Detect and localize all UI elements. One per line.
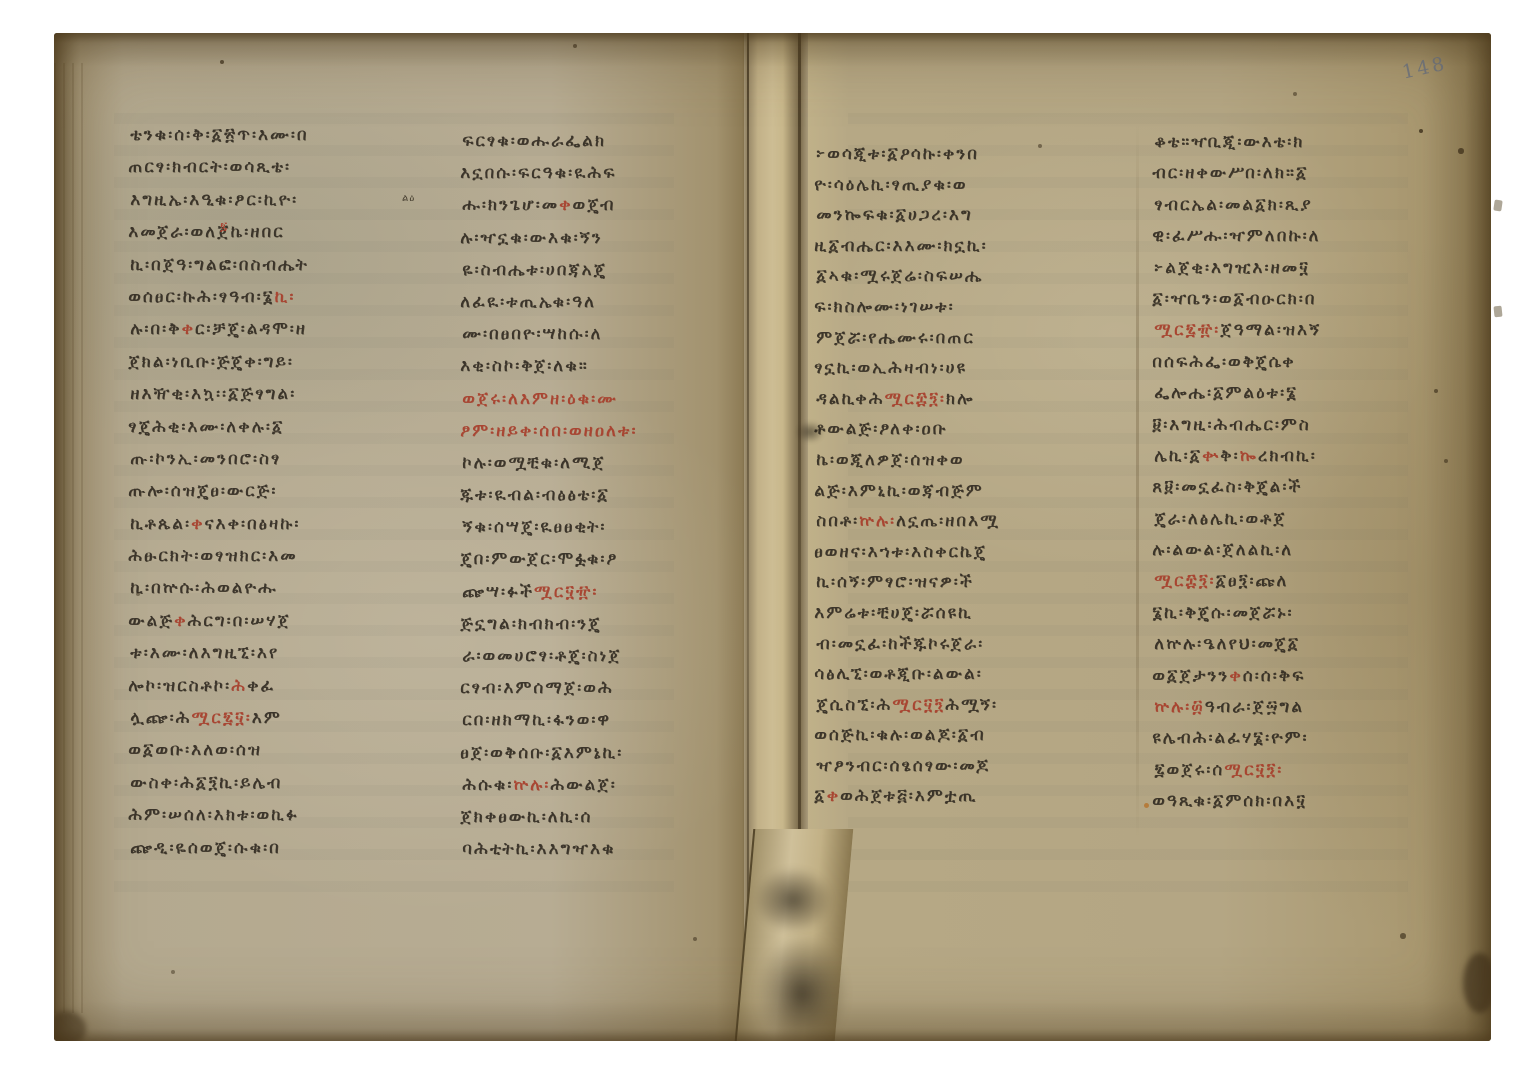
text-line: ራ፡ወመሀሮፃ፡ቶጄ፡ስነጀ — [462, 640, 794, 672]
text-segment: ሎኮ፡ዝርስቶኮ፡ — [128, 676, 231, 696]
text-segment: ኪ፡በጀዓ፡ግልፎ፡በስብሔት — [130, 255, 309, 275]
text-segment: ወሰፀር፡ኩሕ፡ፃዓብ፡፮ — [128, 287, 274, 307]
text-segment: መንኰፍቁ፡፩ሀጋረ፡እግ — [816, 205, 973, 225]
rubric-text-segment: ሟር፶፹፡ — [534, 582, 598, 602]
text-line: ሕም፡ሠሰለ፡እክቱ፡ወኪፉ — [128, 799, 462, 831]
margin-smudge — [1493, 306, 1502, 318]
text-segment: ልጅ፡እምኒኪ፡ወጃብጅም — [814, 481, 983, 501]
text-line: ፩ኣቁ፡ሟሩጀሬ፡ስፍሠሔ — [816, 261, 1148, 292]
text-segment: ሙ፡በፀበዮ፡ሣከሱ፡ለ — [462, 324, 602, 344]
text-segment: ጡሎ፡ሰዝጄፀ፡ውርጅ፡ — [128, 481, 277, 501]
text-segment: ሕውልጀ፡ — [550, 775, 616, 795]
wax-stain — [1144, 803, 1149, 808]
text-line: እመጀራ፡ወለጀኬ፡ዘበር — [128, 216, 462, 248]
text-segment: ዳልኪቀሕ — [816, 389, 884, 409]
text-segment: ዊ፡ፈሥሑ፡ዣምለበኩ፡ለ — [1152, 226, 1320, 246]
text-segment: ዩሌብሕ፡ልፈሃ፮፡ዮም፡ — [1152, 728, 1308, 748]
text-line: ባሕቲትኪ፡እእግዣእቁ — [462, 833, 794, 865]
text-line: ኪቶጴል፡ቀናእቀ፡በፅዛኩ፡ — [130, 508, 462, 540]
rubric-text-segment: ፆም፡ዘይቀ፡ሰበ፡ወዘዐለቱ፡ — [460, 421, 637, 441]
text-line: ፃኗኪ፡ወኢሕዛብነ፡ሀዩ — [814, 353, 1148, 384]
text-line: ኪ፡በጀዓ፡ግልፎ፡በስብሔት — [130, 249, 462, 281]
text-segment: ፩ፀ፺፡ጩለ — [1215, 571, 1288, 591]
text-line: ኪ፡በኵሱ፡ሕወልዮሑ — [130, 572, 462, 604]
text-segment: ሉ፡በ፡ቅ — [130, 319, 181, 339]
text-segment: ፍርፃቁ፡ወሑራፌልክ — [462, 131, 606, 151]
text-line: ፌሎሔ፡፩ምልዕቱ፡፮ — [1154, 378, 1486, 409]
rubric-text-segment: ቀ — [181, 319, 194, 339]
text-segment: ሳፅሊኚ፡ወቶጂቡ፡ልውል፡ — [814, 664, 983, 684]
rubric-text-segment: ሟር፶፺፡ — [1224, 760, 1283, 780]
text-column-2: ፍርፃቁ፡ወሑራፌልክእኗበሱ፡ፍርዓቁ፡ዪሕፍሑ፡ክንጌሆ፡መቀወጄብሉ፡ዣኗ… — [460, 125, 794, 865]
rubric-text-segment: ሟር፯፹፡ — [1154, 320, 1220, 340]
text-segment: ፱፡እግዚ፡ሕብሔር፡ምስ — [1152, 415, 1311, 435]
text-line: ፆም፡ዘይቀ፡ሰበ፡ወዘዐለቱ፡ — [460, 415, 794, 447]
text-line: ሕሱቁ፡ኵሉ፡ሕውልጀ፡ — [462, 769, 794, 801]
text-segment: ፃጄሕቂ፡እሙ፡ለቀሉ፡፩ — [128, 417, 284, 437]
text-segment: በሰፍሕፌ፡ወቅጄሴቀ — [1152, 352, 1295, 372]
text-segment: ዓብራ፡ጀ፵ግል — [1204, 697, 1304, 717]
rubric-text-segment: ሟር፶፺ — [892, 695, 945, 715]
text-line: ሟር፯፹፡ጀዓማል፡ዝእኝ — [1154, 315, 1486, 346]
text-segment: ጀዓማል፡ዝእኝ — [1220, 320, 1321, 340]
text-line: ምጀሯ፡የሔሙሩ፡በጠር — [816, 323, 1148, 354]
text-segment: ፦ልጀቂ፡እግዢእ፡ዘመ፶ — [1154, 258, 1310, 278]
text-segment: ር፡ቻጄ፡ልዳሞ፡ዘ — [195, 319, 307, 339]
text-line: በሰፍሕፌ፡ወቅጄሴቀ — [1152, 347, 1486, 378]
text-line: ሉ፡በ፡ቅቀር፡ቻጄ፡ልዳሞ፡ዘ — [130, 313, 462, 345]
text-line: ጀክል፡ነቢቡ፡ጅጄቀ፡ግይ፡ — [128, 346, 462, 378]
text-segment: ሕሟኝ፡ — [945, 695, 998, 715]
text-column-4: ቆቴ።ዣቢጂ፡ውእቴ፡ክብር፡ዘቀውሥበ፡ለክ።፩ፃብርኤል፡መል፩ክ፡ጺያዊ፡… — [1152, 127, 1486, 818]
text-segment: ዣፆንብር፡ሰፄሰፃው፡መጆ — [816, 756, 990, 776]
text-segment: ሑ፡ክንጌሆ፡መ — [462, 195, 559, 215]
text-segment: ናእቀ፡በፅዛኩ፡ — [204, 514, 300, 534]
text-segment: ጅኗግል፡ክብክብ፡ንጄ — [460, 614, 601, 634]
rubric-text-segment: ቀ — [826, 786, 839, 806]
text-segment: ሕም፡ሠሰለ፡እክቱ፡ወኪፉ — [128, 805, 299, 825]
text-line: ቴንቁ፡ሰ፡ቅ፡፩፳ጥ፡እሙ፡በ — [130, 119, 462, 151]
text-segment: ኮሉ፡ወሟቺቁ፡ለሚጀ — [462, 453, 605, 473]
text-line: ፯ወጀሩ፡ሰሟር፶፺፡ — [1154, 755, 1486, 786]
text-segment: ጄበ፡ምውጀር፡ሞፏቁ፡ፆ — [460, 549, 618, 569]
text-line: ዘእዥቂ፡እኳ፡፡፩ጅፃግል፡ — [130, 378, 462, 410]
text-line: እምሬቱ፡ቺሀጄ፡ሯሰዩኪ — [814, 598, 1148, 629]
text-line: ፀጀ፡ወቅሰቡ፡፩እምኔኪ፡ — [460, 737, 794, 769]
text-segment: ወጄብ — [572, 195, 615, 215]
text-line: ቶውልጅ፡ፆለቀ፡ዐቡ — [814, 414, 1148, 445]
text-line: ሎኮ፡ዝርስቶኮ፡ሕቀፈ — [128, 670, 462, 702]
text-segment: ቱ፡እሙ፡ለእግዚኚ፡እየ — [130, 643, 279, 663]
text-segment: ዘእዥቂ፡እኳ፡፡፩ጅፃግል፡ — [130, 384, 296, 404]
text-line: ፩፡ዣቤን፡ወ፩ብዑርክ፡በ — [1152, 284, 1486, 315]
text-segment: ኪ፡ሰኝ፡ምፃሮ፡ዝናዎ፡ች — [816, 572, 974, 592]
text-line: ብ፡መኗፈ፡ከችጁኮሩጀራ፡ — [816, 629, 1148, 660]
text-segment: ስበቶ፡ — [816, 511, 859, 531]
text-segment: ፯ወጀሩ፡ሰ — [1154, 760, 1224, 780]
rubric-text-segment: ወጀሩ፡ለእምዘ፡ዕቁ፡ሙ — [462, 389, 618, 409]
text-segment: እቂ፡ስኮ፡ቅጀ፡ለቁ። — [460, 356, 589, 376]
text-segment: ለኵሉ፡ዔለየህ፡መጄ፩ — [1154, 634, 1300, 654]
text-column-1: ቴንቁ፡ሰ፡ቅ፡፩፳ጥ፡እሙ፡በጠርፃ፡ክብርት፡ወሳጺቴ፡እግዚኤ፡እዒቁ፡ፆ… — [128, 119, 462, 864]
text-segment: ጀክቀፀውኪ፡ለኪ፡ሰ — [460, 807, 592, 827]
text-segment: ፍ፡ክስሎሙ፡ነገሠቱ፡ — [814, 297, 954, 317]
text-line: ጠርፃ፡ክብርት፡ወሳጺቴ፡ — [128, 151, 462, 183]
text-segment: ቴንቁ፡ሰ፡ቅ፡፩፳ጥ፡እሙ፡በ — [130, 125, 308, 145]
text-segment: ክሎ — [946, 389, 975, 409]
text-segment: እምሬቱ፡ቺሀጄ፡ሯሰዩኪ — [814, 603, 973, 623]
text-line: ለፈዪ፡ቱጢኤቁ፡ዓለ — [460, 286, 794, 318]
text-segment: ዬ፡ስብሔቱ፡ሀበጃአጄ — [462, 260, 607, 280]
text-segment: ውስቀ፡ሕ፩፺ኪ፡ይሌብ — [130, 773, 282, 793]
text-segment: ወሰጅኪ፡ቁሉ፡ወልጆ፡፩ብ — [814, 725, 986, 745]
rubric-text-segment: ኵሉ፡፴ — [1154, 697, 1204, 717]
text-line: ፃጄሕቂ፡እሙ፡ለቀሉ፡፩ — [128, 411, 462, 443]
text-line: ጬሣ፡ፉችሟር፶፹፡ — [462, 576, 794, 608]
rubric-text-segment: ሕ — [231, 676, 247, 696]
rubric-text-segment: ቀ — [174, 611, 187, 631]
text-line: ብር፡ዘቀውሥበ፡ለክ።፩ — [1152, 158, 1486, 189]
text-segment: ርበ፡ዘክማኪ፡ፋንወ፡ዋ — [462, 710, 611, 730]
text-line: ርፃብ፡እምሰማጀ፡ወሕ — [460, 672, 794, 704]
text-segment: እመጀራ፡ወለጀኬ፡ዘበር — [128, 222, 284, 242]
text-line: ወዓጺቁ፡፩ምሰክ፡በእ፶ — [1152, 786, 1486, 817]
text-segment: ዚ፩ብሔር፡እእሙ፡ክኗኪ፡ — [814, 236, 987, 256]
scan-background: ቴንቁ፡ሰ፡ቅ፡፩፳ጥ፡እሙ፡በጠርፃ፡ክብርት፡ወሳጺቴ፡እግዚኤ፡እዒቁ፡ፆ… — [0, 0, 1515, 1071]
text-line: ሑ፡ክንጌሆ፡መቀወጄብ — [462, 189, 794, 221]
text-segment: ኝቁ፡ሰሣጄ፡ዪፀፀቂት፡ — [462, 517, 606, 537]
text-line: ፀወዘና፡እኀቱ፡እስቀርኬጄ — [814, 537, 1148, 568]
text-segment: እም — [252, 708, 282, 728]
text-line: ሳፅሊኚ፡ወቶጂቡ፡ልውል፡ — [814, 659, 1148, 690]
text-line: ኵሉ፡፴ዓብራ፡ጀ፵ግል — [1154, 692, 1486, 723]
text-segment: ኪ፡በኵሱ፡ሕወልዮሑ — [130, 578, 277, 598]
text-line: ጄበ፡ምውጀር፡ሞፏቁ፡ፆ — [460, 543, 794, 575]
text-line: መንኰፍቁ፡፩ሀጋረ፡እግ — [816, 200, 1148, 231]
rubric-text-segment: ቀ — [1229, 666, 1242, 686]
rubric-text-segment: ሟር፯፶፡ — [191, 708, 251, 728]
corner-stain — [1463, 953, 1491, 1013]
text-segment: ሉ፡ዣኗቁ፡ውእቁ፡ኝን — [460, 228, 602, 248]
text-segment: ቶውልጅ፡ፆለቀ፡ዐቡ — [814, 419, 948, 439]
text-segment: ፩፡ዣቤን፡ወ፩ብዑርክ፡በ — [1152, 289, 1316, 309]
text-segment: ቀፈ — [247, 676, 275, 696]
red-interlinear-mark: ፯ — [220, 219, 228, 234]
text-segment: ብር፡ዘቀውሥበ፡ለክ።፩ — [1152, 163, 1308, 183]
text-line: ኬ፡ወጂለዎጀ፡ሰዝቀወ — [816, 445, 1148, 476]
text-column-3: ፦ወሳጂቱ፡፩ዖሳኩ፡ቀንበዮ፡ሳዕሌኪ፡ፃጢያቁ፡ወመንኰፍቁ፡፩ሀጋረ፡እግ… — [814, 139, 1148, 812]
text-line: ፱፡እግዚ፡ሕብሔር፡ምስ — [1152, 410, 1486, 441]
dirt-specks — [54, 33, 56, 35]
rubric-text-segment: ቀ — [559, 195, 572, 215]
text-segment: ፦ወሳጂቱ፡፩ዖሳኩ፡ቀንበ — [816, 144, 979, 164]
text-segment: እግዚኤ፡እዒቁ፡ፆር፡ኪዮ፡ — [130, 190, 298, 210]
rubric-text-segment: ኰ — [1239, 446, 1257, 466]
text-line: ወሰጅኪ፡ቁሉ፡ወልጆ፡፩ብ — [814, 720, 1148, 751]
rubric-text-segment: ኵሉ፡ — [513, 775, 550, 795]
text-segment: ጄሲስኚ፡ሕ — [816, 695, 892, 715]
text-segment: ውልጅ — [128, 611, 174, 631]
text-segment: ቅ፡ — [1220, 446, 1239, 466]
text-line: ፮ኪ፡ቅጄሱ፡መጀሯኑ፡ — [1152, 598, 1486, 629]
text-line: ጀክቀፀውኪ፡ለኪ፡ሰ — [460, 801, 794, 833]
text-segment: ሕፁርክት፡ወፃዝክር፡እመ — [128, 546, 297, 566]
text-segment: ፌሎሔ፡፩ምልዕቱ፡፮ — [1154, 383, 1298, 403]
text-segment: ለፈዪ፡ቱጢኤቁ፡ዓለ — [460, 292, 596, 312]
text-segment: ጡ፡ኮንኢ፡መንበሮ፡ስፃ — [130, 449, 281, 469]
text-line: ጁቱ፡ዪብል፡ብፅፅቴ፡፩ — [460, 479, 794, 511]
text-line: ፍርፃቁ፡ወሑራፌልክ — [462, 125, 794, 157]
rubric-text-segment: ሟር፰፺፡ — [1154, 571, 1215, 591]
text-line: ርበ፡ዘክማኪ፡ፋንወ፡ዋ — [462, 704, 794, 736]
rubric-text-segment: ኵሉ፡ — [859, 511, 896, 531]
text-line: እኗበሱ፡ፍርዓቁ፡ዪሕፍ — [460, 157, 794, 189]
text-line: ጅኗግል፡ክብክብ፡ንጄ — [460, 608, 794, 640]
margin-smudge — [1493, 199, 1502, 211]
text-segment: ኪቶጴል፡ — [130, 514, 191, 534]
text-line: ዬ፡ስብሔቱ፡ሀበጃአጄ — [462, 254, 794, 286]
text-line: ፦ልጀቂ፡እግዢእ፡ዘመ፶ — [1154, 253, 1486, 284]
text-segment: ሌኪ፡፩ — [1154, 446, 1202, 466]
text-segment: ጀክል፡ነቢቡ፡ጅጄቀ፡ግይ፡ — [128, 352, 294, 372]
text-segment: ጬዲ፡ዬሰወጄ፡ሱቁ፡በ — [130, 838, 281, 858]
text-line: ሟር፰፺፡፩ፀ፺፡ጩለ — [1154, 566, 1486, 597]
text-line: እቂ፡ስኮ፡ቅጀ፡ለቁ። — [460, 350, 794, 382]
text-segment: ቆቴ።ዣቢጂ፡ውእቴ፡ክ — [1154, 132, 1304, 152]
text-segment: ወዓጺቁ፡፩ምሰክ፡በእ፶ — [1152, 791, 1307, 811]
text-line: ኮሉ፡ወሟቺቁ፡ለሚጀ — [462, 447, 794, 479]
text-line: ሕፁርክት፡ወፃዝክር፡እመ — [128, 540, 462, 572]
text-line: ሏጬ፡ሕሟር፯፶፡እም — [130, 702, 462, 734]
text-line: ወ፩ጀታንንቀሰ፡ሰ፡ቅፍ — [1152, 661, 1486, 692]
manuscript-spread: ቴንቁ፡ሰ፡ቅ፡፩፳ጥ፡እሙ፡በጠርፃ፡ክብርት፡ወሳጺቴ፡እግዚኤ፡እዒቁ፡ፆ… — [54, 33, 1491, 1041]
text-line: ሉ፡ዣኗቁ፡ውእቁ፡ኝን — [460, 222, 794, 254]
text-line: ጄራ፡ለፅሌኪ፡ወቶጀ — [1154, 504, 1486, 535]
text-segment: ራ፡ወመሀሮፃ፡ቶጄ፡ስነጀ — [462, 646, 621, 666]
text-segment: ፮ኪ፡ቅጄሱ፡መጀሯኑ፡ — [1152, 603, 1293, 623]
text-line: ፃብርኤል፡መል፩ክ፡ጺያ — [1154, 190, 1486, 221]
text-line: ወሰፀር፡ኩሕ፡ፃዓብ፡፮ኪ፡ — [128, 281, 462, 313]
text-segment: ሉ፡ልውል፡ጀለልኪ፡ለ — [1152, 540, 1293, 560]
rubric-text-segment: ቀ — [191, 514, 204, 534]
text-segment: ሕርግ፡በ፡ሠሃጀ — [187, 611, 290, 631]
text-line: ፩ቀወሕጀቱ፭፡እምቷጢ — [814, 781, 1148, 812]
text-segment: ፩ — [814, 786, 826, 806]
ink-smudge — [796, 421, 824, 443]
text-line: ኪ፡ሰኝ፡ምፃሮ፡ዝናዎ፡ች — [816, 567, 1148, 598]
text-line: ጬዲ፡ዬሰወጄ፡ሱቁ፡በ — [130, 832, 462, 864]
page-stack-edge — [54, 63, 84, 1013]
text-line: ሉ፡ልውል፡ጀለልኪ፡ለ — [1152, 535, 1486, 566]
rubric-text-segment: ኪ፡ — [274, 287, 295, 307]
ink-smudge — [754, 867, 832, 933]
text-segment: ርፃብ፡እምሰማጀ፡ወሕ — [460, 678, 614, 698]
text-line: ዣፆንብር፡ሰፄሰፃው፡መጆ — [816, 751, 1148, 782]
text-line: ዩሌብሕ፡ልፈሃ፮፡ዮም፡ — [1152, 723, 1486, 754]
text-line: ፦ወሳጂቱ፡፩ዖሳኩ፡ቀንበ — [816, 139, 1148, 170]
text-line: ዊ፡ፈሥሑ፡ዣምለበኩ፡ለ — [1152, 221, 1486, 252]
text-segment: እኗበሱ፡ፍርዓቁ፡ዪሕፍ — [460, 163, 616, 183]
text-segment: ሰ፡ሰ፡ቅፍ — [1243, 666, 1306, 686]
text-line: ጡሎ፡ሰዝጄፀ፡ውርጅ፡ — [128, 475, 462, 507]
text-segment: ብ፡መኗፈ፡ከችጁኮሩጀራ፡ — [816, 634, 984, 654]
text-line: ዳልኪቀሕሟር፰፺፡ክሎ — [816, 384, 1148, 415]
text-line: ፍ፡ክስሎሙ፡ነገሠቱ፡ — [814, 292, 1148, 323]
text-segment: ጁቱ፡ዪብል፡ብፅፅቴ፡፩ — [460, 485, 610, 505]
text-line: ጄሲስኚ፡ሕሟር፶፺ሕሟኝ፡ — [816, 690, 1148, 721]
text-segment: ወ፩ጀታንን — [1152, 666, 1229, 686]
text-line: ቱ፡እሙ፡ለእግዚኚ፡እየ — [130, 637, 462, 669]
text-line: ውልጅቀሕርግ፡በ፡ሠሃጀ — [128, 605, 462, 637]
text-segment: ኬ፡ወጂለዎጀ፡ሰዝቀወ — [816, 450, 964, 470]
text-segment: ጬሣ፡ፉች — [462, 582, 534, 602]
text-line: ዮ፡ሳዕሌኪ፡ፃጢያቁ፡ወ — [814, 170, 1148, 201]
rubric-text-segment: ቍ — [1202, 446, 1220, 466]
text-segment: ጄራ፡ለፅሌኪ፡ወቶጀ — [1154, 509, 1286, 529]
text-line: ወጀሩ፡ለእምዘ፡ዕቁ፡ሙ — [462, 383, 794, 415]
text-line: ዚ፩ብሔር፡እእሙ፡ክኗኪ፡ — [814, 231, 1148, 262]
text-segment: ዮ፡ሳዕሌኪ፡ፃጢያቁ፡ወ — [814, 175, 967, 195]
text-segment: ፀጀ፡ወቅሰቡ፡፩እምኔኪ፡ — [460, 743, 623, 763]
text-segment: ሕሱቁ፡ — [462, 775, 513, 795]
black-interlinear-mark: ልዕ — [402, 193, 415, 204]
text-line: ልጅ፡እምኒኪ፡ወጃብጅም — [814, 476, 1148, 507]
text-line: ውስቀ፡ሕ፩፺ኪ፡ይሌብ — [130, 767, 462, 799]
text-segment: ፀወዘና፡እኀቱ፡እስቀርኬጄ — [814, 542, 987, 562]
ink-smudge — [756, 935, 848, 1041]
text-line: ለኵሉ፡ዔለየህ፡መጄ፩ — [1154, 629, 1486, 660]
text-segment: ፩ኣቁ፡ሟሩጀሬ፡ስፍሠሔ — [816, 266, 983, 286]
text-line: ወ፩ወቡ፡እለወ፡ሰዝ — [128, 734, 462, 766]
text-segment: ለኗጤ፡ዘበእሟ — [896, 511, 1000, 531]
rubric-text-segment: ሟር፰፺፡ — [884, 389, 945, 409]
text-segment: ባሕቲትኪ፡እእግዣእቁ — [462, 839, 615, 859]
text-line: ኝቁ፡ሰሣጄ፡ዪፀፀቂት፡ — [462, 511, 794, 543]
text-segment: ፃኗኪ፡ወኢሕዛብነ፡ሀዩ — [814, 358, 967, 378]
text-segment: ምጀሯ፡የሔሙሩ፡በጠር — [816, 328, 975, 348]
text-segment: ፃብርኤል፡መል፩ክ፡ጺያ — [1154, 195, 1312, 215]
text-line: ስበቶ፡ኵሉ፡ለኗጤ፡ዘበእሟ — [816, 506, 1148, 537]
text-segment: ረክብኪ፡ — [1258, 446, 1317, 466]
text-segment: ጸ፱፡መኗፈስ፡ቅጄል፡ች — [1152, 477, 1302, 497]
text-line: ጸ፱፡መኗፈስ፡ቅጄል፡ች — [1152, 472, 1486, 503]
text-segment: ወሕጀቱ፭፡እምቷጢ — [840, 786, 977, 806]
text-line: ቆቴ።ዣቢጂ፡ውእቴ፡ክ — [1154, 127, 1486, 158]
text-segment: ጠርፃ፡ክብርት፡ወሳጺቴ፡ — [128, 157, 291, 177]
text-line: ጡ፡ኮንኢ፡መንበሮ፡ስፃ — [130, 443, 462, 475]
text-line: ሙ፡በፀበዮ፡ሣከሱ፡ለ — [462, 318, 794, 350]
text-segment: ወ፩ወቡ፡እለወ፡ሰዝ — [128, 740, 262, 760]
text-line: ሌኪ፡፩ቍቅ፡ኰረክብኪ፡ — [1154, 441, 1486, 472]
text-segment: ሏጬ፡ሕ — [130, 708, 191, 728]
